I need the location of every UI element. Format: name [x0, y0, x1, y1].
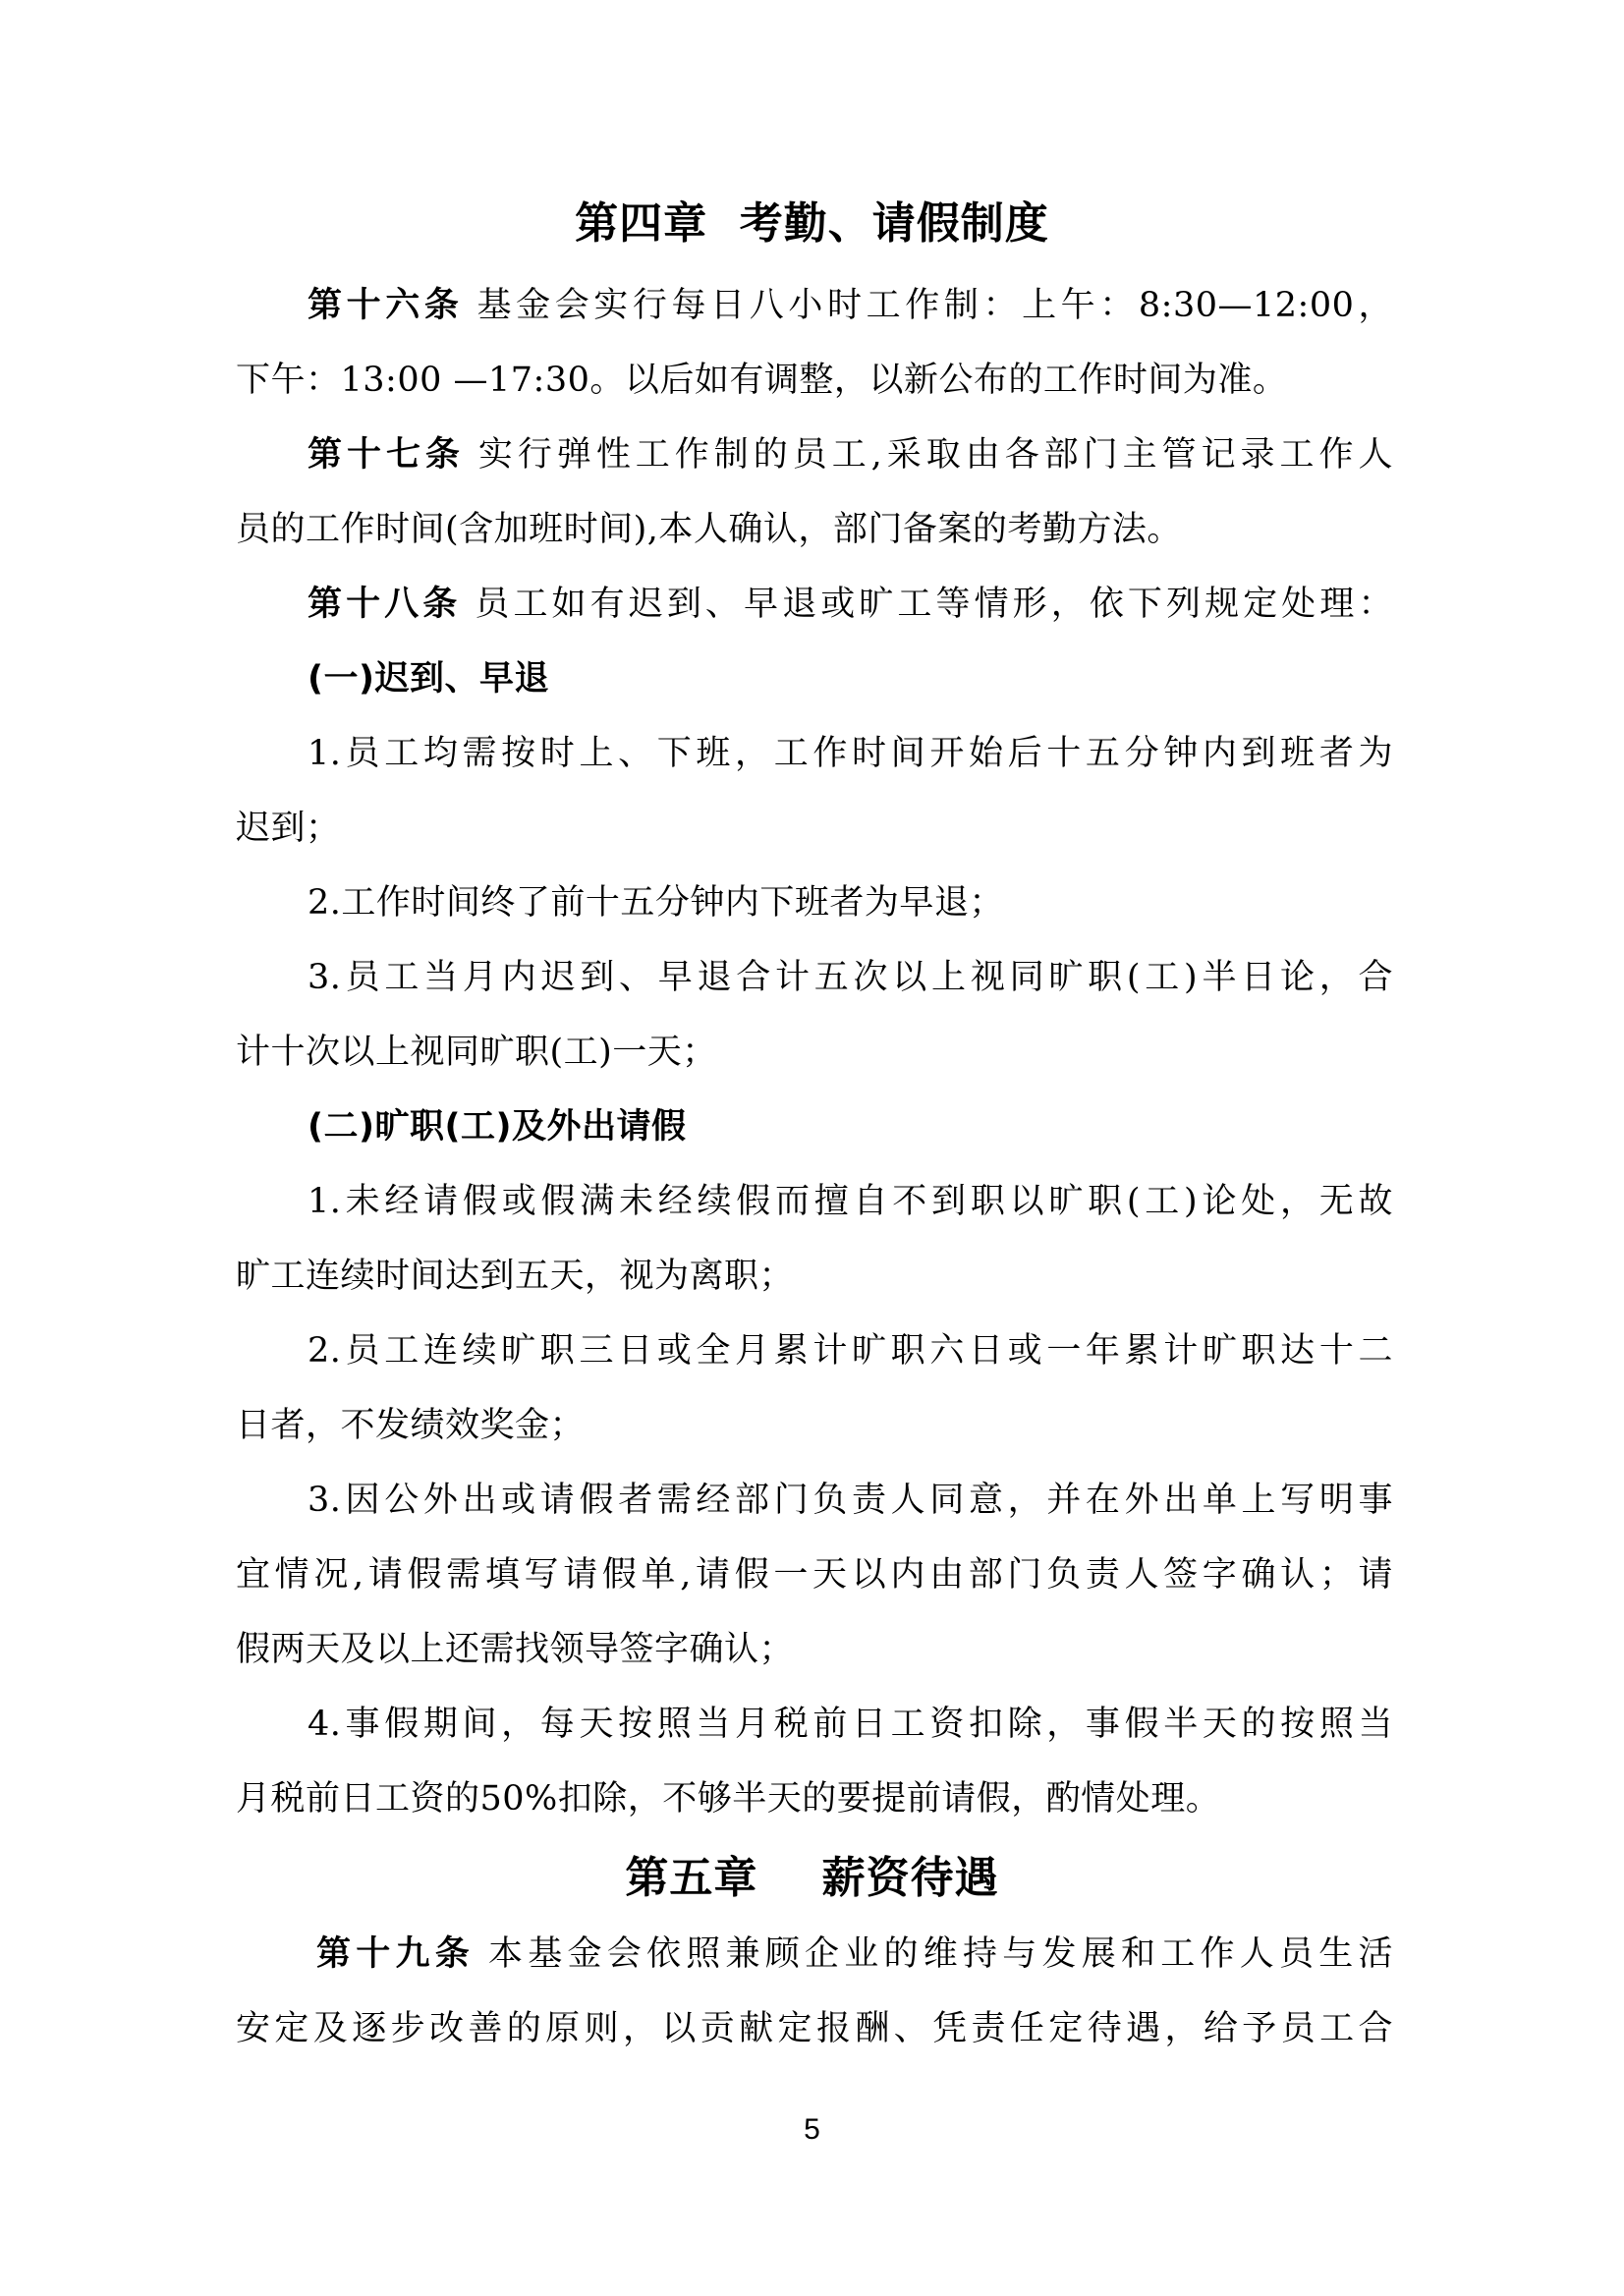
late-item-1-line-2: 迟到；	[236, 804, 1393, 853]
absence-item-3-line-2: 宜情况,请假需填写请假单,请假一天以内由部门负责人签字确认；请	[236, 1550, 1393, 1599]
chapter-title-4: 第四章 考勤、请假制度	[0, 195, 1624, 253]
article-18-line-1: 第十八条员工如有迟到、早退或旷工等情形，依下列规定处理：	[308, 580, 1393, 629]
late-item-1-line-1: 1.员工均需按时上、下班，工作时间开始后十五分钟内到班者为	[308, 729, 1393, 778]
article-19-line-1: 第十九条本基金会依照兼顾企业的维持与发展和工作人员生活	[316, 1930, 1393, 1979]
article-19-line-2: 安定及逐步改善的原则，以贡献定报酬、凭责任定待遇，给予员工合	[236, 2004, 1393, 2053]
article-19-text: 本基金会依照兼顾企业的维持与发展和工作人员生活	[488, 1934, 1393, 1974]
article-18-label: 第十八条	[308, 585, 461, 624]
absence-item-2-line-1: 2.员工连续旷职三日或全月累计旷职六日或一年累计旷职达十二	[308, 1326, 1393, 1375]
article-16-line-2: 下午：13:00 —17:30。以后如有调整，以新公布的工作时间为准。	[236, 356, 1393, 405]
late-item-3-line-1: 3.员工当月内迟到、早退合计五次以上视同旷职(工)半日论，合	[308, 953, 1393, 1002]
absence-item-3-line-1: 3.因公外出或请假者需经部门负责人同意，并在外出单上写明事	[308, 1476, 1393, 1525]
late-item-2: 2.工作时间终了前十五分钟内下班者为早退；	[308, 878, 1393, 927]
article-17-line-2: 员的工作时间(含加班时间),本人确认，部门备案的考勤方法。	[236, 505, 1393, 554]
subheading-late-early: (一)迟到、早退	[308, 654, 1393, 703]
subheading-absence-leave: (二)旷职(工)及外出请假	[308, 1102, 1393, 1151]
absence-item-2-line-2: 日者，不发绩效奖金；	[236, 1401, 1393, 1450]
absence-item-1-line-2: 旷工连续时间达到五天，视为离职；	[236, 1252, 1393, 1301]
article-16-text: 基金会实行每日八小时工作制：上午：8:30—12:00，	[476, 286, 1393, 325]
page-number: 5	[0, 2110, 1624, 2150]
chapter-title-5: 第五章 薪资待遇	[0, 1849, 1624, 1908]
document-page: 第四章 考勤、请假制度 第十六条基金会实行每日八小时工作制：上午：8:30—12…	[0, 0, 1624, 2296]
absence-item-1-line-1: 1.未经请假或假满未经续假而擅自不到职以旷职(工)论处，无故	[308, 1177, 1393, 1226]
absence-item-4-line-1: 4.事假期间，每天按照当月税前日工资扣除，事假半天的按照当	[308, 1700, 1393, 1749]
article-17-label: 第十七条	[308, 435, 465, 475]
article-18-text: 员工如有迟到、早退或旷工等情形，依下列规定处理：	[475, 585, 1393, 624]
article-19-label: 第十九条	[316, 1934, 475, 1974]
article-16-line-1: 第十六条基金会实行每日八小时工作制：上午：8:30—12:00，	[308, 281, 1393, 330]
late-item-3-line-2: 计十次以上视同旷职(工)一天；	[236, 1028, 1393, 1077]
absence-item-3-line-3: 假两天及以上还需找领导签字确认；	[236, 1625, 1393, 1674]
article-17-line-1: 第十七条实行弹性工作制的员工,采取由各部门主管记录工作人	[308, 430, 1393, 479]
absence-item-4-line-2: 月税前日工资的50%扣除，不够半天的要提前请假，酌情处理。	[236, 1774, 1393, 1823]
article-16-label: 第十六条	[308, 286, 463, 325]
article-17-text: 实行弹性工作制的员工,采取由各部门主管记录工作人	[478, 435, 1393, 475]
